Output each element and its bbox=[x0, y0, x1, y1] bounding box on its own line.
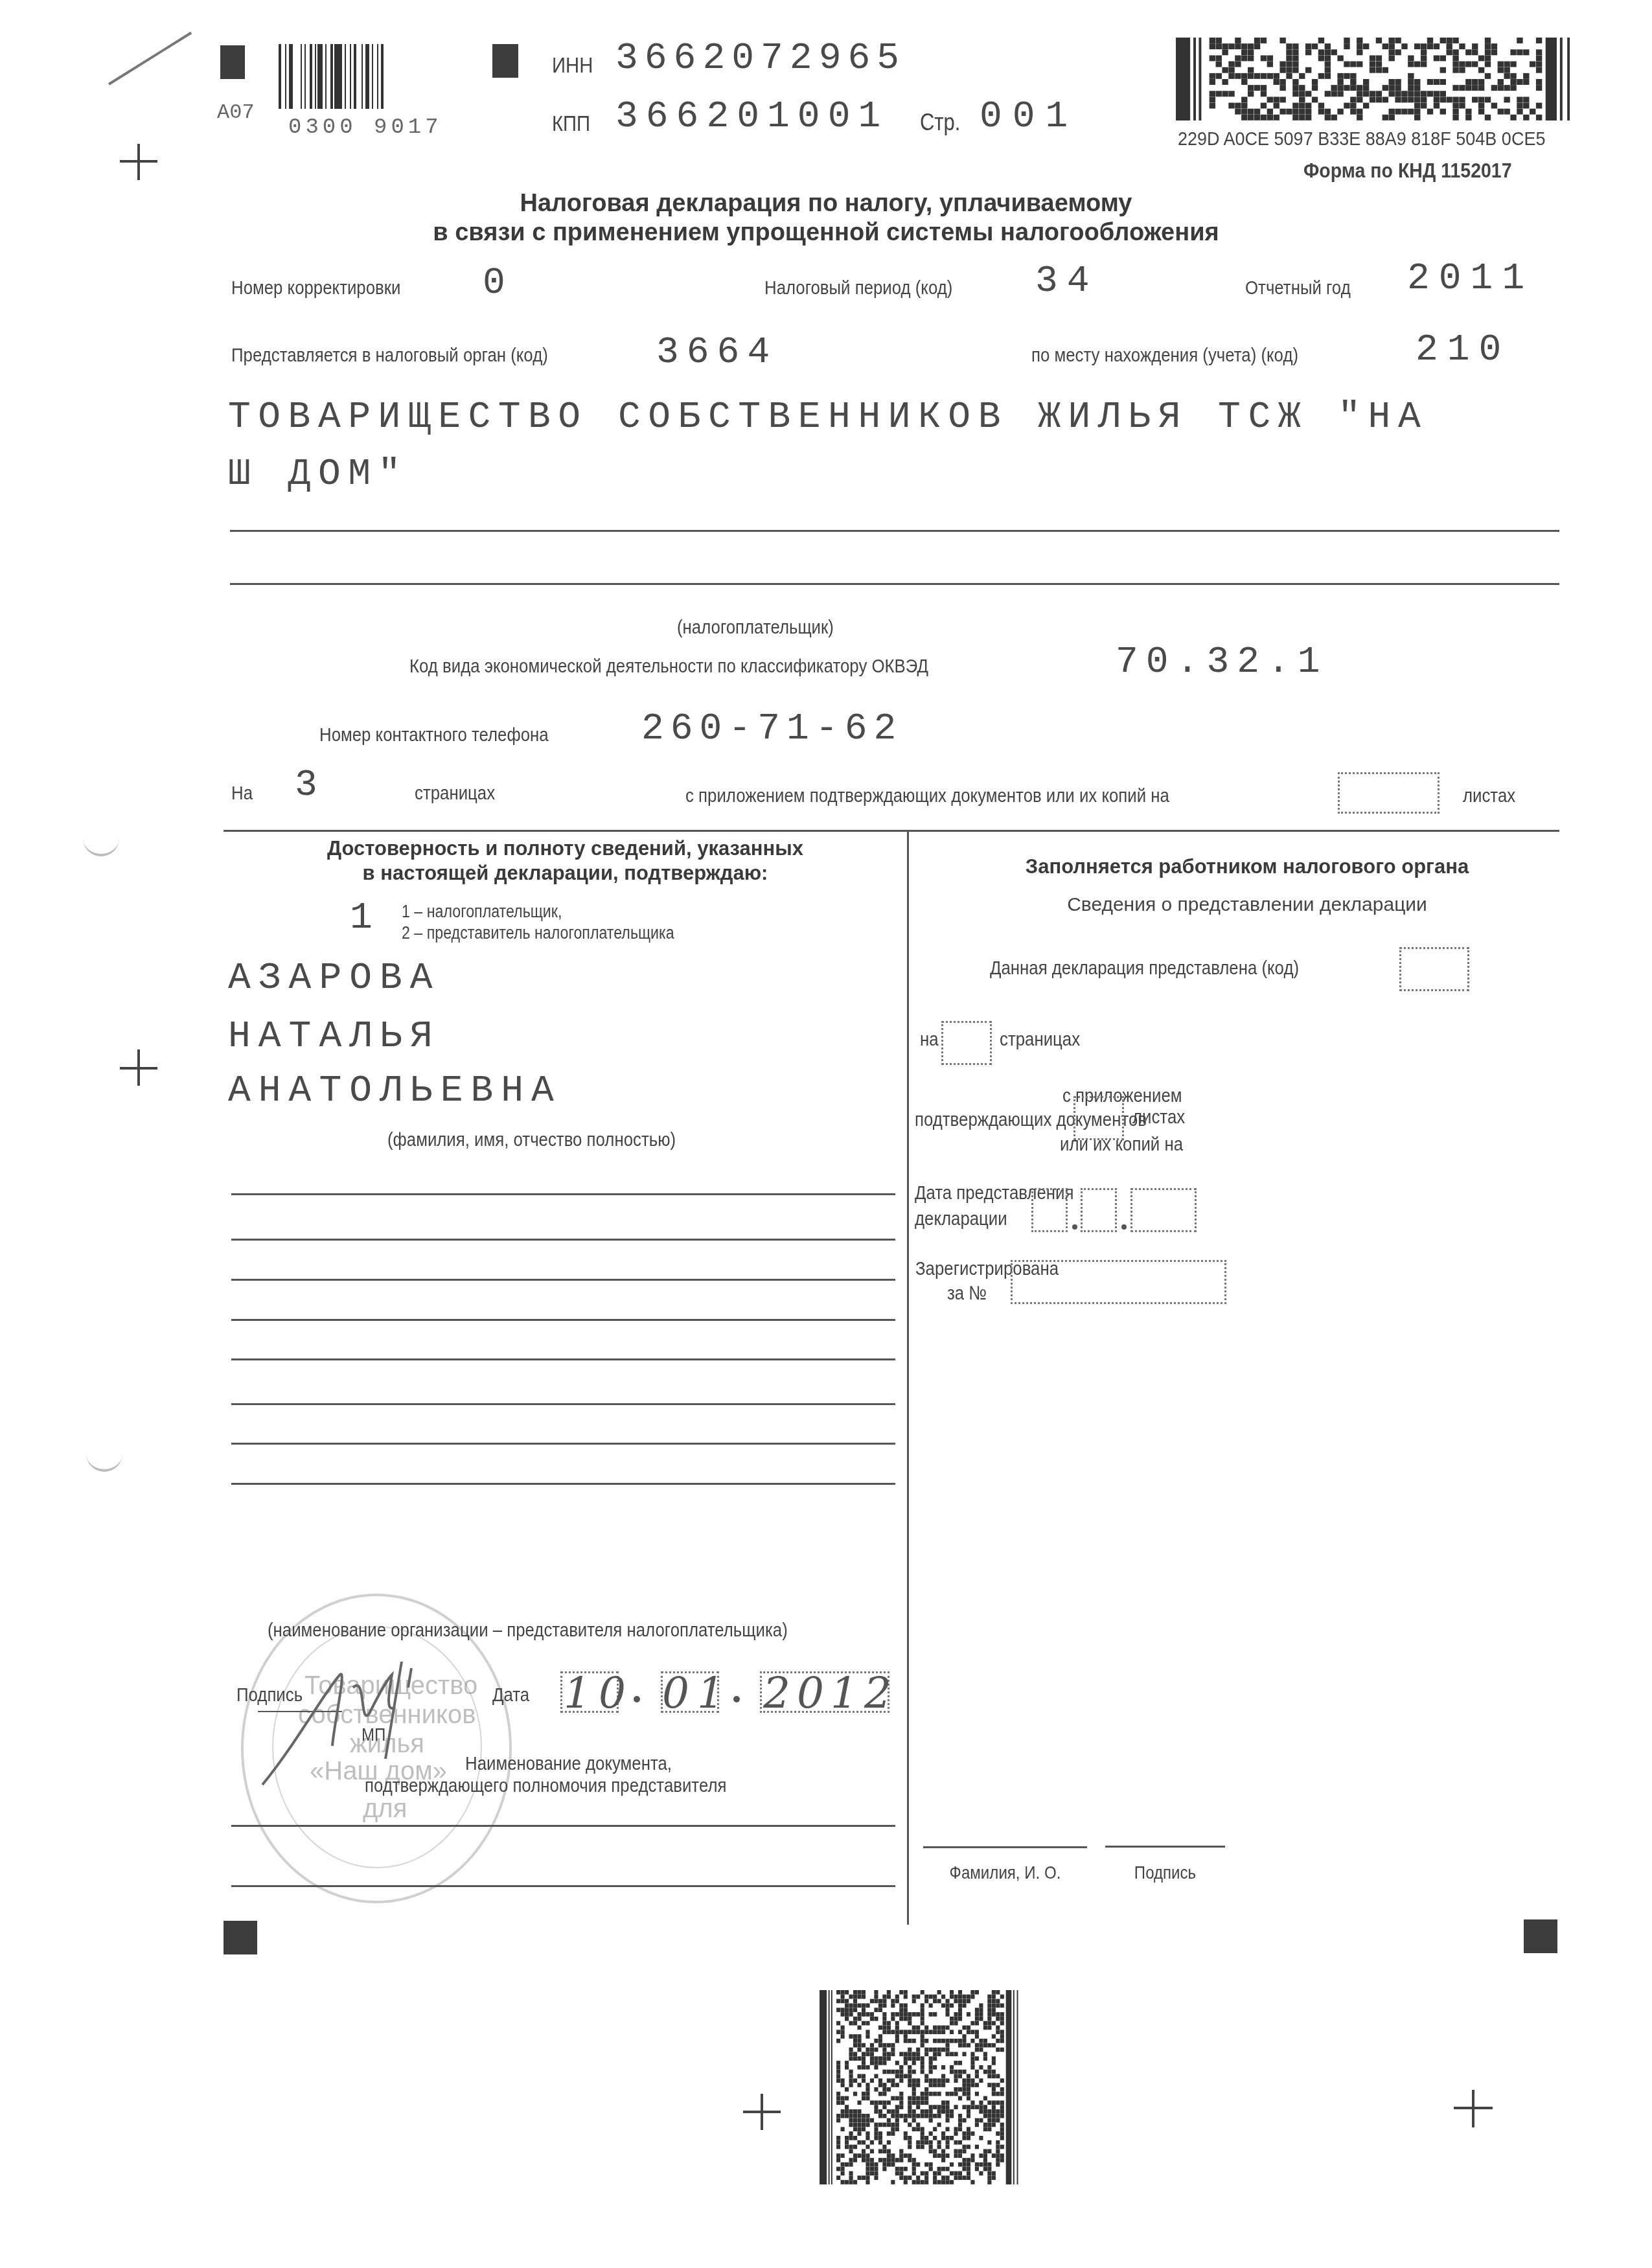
pages-suffix: страницах bbox=[415, 783, 495, 805]
representative-org-rule bbox=[231, 1279, 895, 1281]
submitted-code-label: Данная декларация представлена (код) bbox=[990, 957, 1299, 979]
punch-hole-mark bbox=[83, 836, 119, 856]
inspector-signature-line[interactable] bbox=[1105, 1846, 1225, 1848]
date-sep bbox=[1072, 1224, 1077, 1230]
okved-value[interactable]: 70.32.1 bbox=[1116, 641, 1328, 683]
pages-prefix: На bbox=[231, 783, 253, 805]
pages-value[interactable]: 3 bbox=[295, 764, 317, 807]
registered-label-line2: за № bbox=[947, 1283, 987, 1305]
confirmation-heading-line2: в настоящей декларации, подтверждаю: bbox=[224, 862, 907, 885]
submission-info-subheading: Сведения о представлении декларации bbox=[907, 894, 1587, 916]
declaration-title-line2: в связи с применением упрощенной системы… bbox=[0, 219, 1652, 247]
taxpayer-caption: (налогоплательщик) bbox=[677, 617, 834, 639]
barcode-left-prefix: A07 bbox=[217, 100, 255, 124]
attachments-suffix: листах bbox=[1463, 785, 1515, 807]
signer-type-value[interactable]: 1 bbox=[350, 897, 373, 939]
representative-org-rule bbox=[231, 1239, 895, 1241]
submission-date-label-line2: декларации bbox=[915, 1208, 1007, 1230]
report-year-value[interactable]: 2011 bbox=[1407, 258, 1533, 300]
date-year-value: 2012 bbox=[763, 1668, 898, 1718]
submitted-code-input[interactable] bbox=[1399, 947, 1469, 991]
taxpayer-name-rule bbox=[230, 530, 1559, 532]
registration-number-input[interactable] bbox=[1011, 1260, 1226, 1304]
date-sep bbox=[733, 1696, 740, 1702]
barcode-left bbox=[279, 44, 384, 109]
kpp-value: 366201001 bbox=[615, 96, 888, 138]
submission-date-year[interactable] bbox=[1130, 1188, 1197, 1232]
corner-marker-icon bbox=[224, 1921, 257, 1954]
page-label: Стр. bbox=[920, 109, 960, 136]
submission-date-day[interactable] bbox=[1031, 1188, 1068, 1232]
tax-period-value[interactable]: 34 bbox=[1035, 260, 1099, 303]
inspector-name-caption: Фамилия, И. О. bbox=[935, 1862, 1076, 1883]
signer-option-2: 2 – представитель налогоплательщика bbox=[402, 923, 674, 943]
date-sep bbox=[634, 1696, 640, 1702]
corner-marker-icon bbox=[220, 45, 245, 79]
representative-org-rule bbox=[231, 1483, 895, 1485]
signer-option-1: 1 – налогоплательщик, bbox=[402, 902, 562, 922]
stamp-place-label: МП bbox=[361, 1724, 385, 1745]
report-year-label: Отчетный год bbox=[1245, 277, 1351, 299]
tax-attach-suffix: листах bbox=[1132, 1106, 1185, 1128]
representative-org-rule bbox=[231, 1358, 895, 1360]
representative-org-rule bbox=[231, 1319, 895, 1321]
tax-pages-prefix: на bbox=[920, 1029, 939, 1051]
form-code: Форма по КНД 1152017 bbox=[1303, 159, 1512, 183]
phone-label: Номер контактного телефона bbox=[319, 724, 549, 746]
correction-label: Номер корректировки bbox=[231, 277, 400, 299]
tax-authority-label: Представляется в налоговый орган (код) bbox=[231, 345, 548, 367]
corner-marker-icon bbox=[1524, 1919, 1557, 1953]
representative-org-rule bbox=[231, 1403, 895, 1405]
tax-pages-input[interactable] bbox=[941, 1021, 992, 1065]
okved-label: Код вида экономической деятельности по к… bbox=[409, 656, 928, 678]
inn-label: ИНН bbox=[552, 53, 593, 78]
org-representative-caption: (наименование организации – представител… bbox=[268, 1620, 788, 1642]
fio-caption: (фамилия, имя, отчество полностью) bbox=[387, 1129, 676, 1151]
barcode-left-number: 0300 9017 bbox=[288, 115, 442, 140]
date-sep bbox=[1121, 1224, 1127, 1230]
pen-stroke-mark bbox=[108, 32, 192, 86]
representative-org-rule bbox=[231, 1193, 895, 1195]
location-label: по месту нахождения (учета) (код) bbox=[1031, 345, 1298, 367]
inn-value: 3662072965 bbox=[615, 38, 906, 80]
phone-value[interactable]: 260-71-62 bbox=[641, 708, 902, 750]
date-label: Дата bbox=[492, 1684, 529, 1706]
tax-period-label: Налоговый период (код) bbox=[764, 277, 952, 299]
inspector-signature-caption: Подпись bbox=[1114, 1862, 1217, 1883]
date-month-value: 01 bbox=[662, 1668, 732, 1718]
declaration-title-line1: Налоговая декларация по налогу, уплачива… bbox=[0, 190, 1652, 218]
tax-authority-value[interactable]: 3664 bbox=[656, 332, 777, 374]
submission-date-month[interactable] bbox=[1081, 1188, 1117, 1232]
page-value: 001 bbox=[980, 96, 1078, 138]
kpp-label: КПП bbox=[552, 111, 590, 137]
attachments-label: с приложением подтверждающих документов … bbox=[685, 785, 1169, 807]
tax-attach-input[interactable] bbox=[1073, 1096, 1124, 1140]
date-day-value: 10 bbox=[564, 1668, 634, 1718]
barcode-bottom bbox=[820, 1990, 1020, 2184]
authority-doc-caption-line1: Наименование документа, bbox=[465, 1753, 672, 1775]
signer-first-name[interactable]: НАТАЛЬЯ bbox=[228, 1016, 441, 1058]
taxpayer-name-line1[interactable]: ТОВАРИЩЕСТВО СОБСТВЕННИКОВ ЖИЛЬЯ ТСЖ "НА bbox=[228, 396, 1428, 439]
taxpayer-name-rule bbox=[230, 583, 1559, 585]
authority-doc-rule bbox=[231, 1825, 895, 1827]
correction-value[interactable]: 0 bbox=[483, 262, 505, 304]
confirmation-heading-line1: Достоверность и полноту сведений, указан… bbox=[224, 837, 907, 860]
location-value[interactable]: 210 bbox=[1416, 329, 1510, 371]
tax-office-heading: Заполняется работником налогового органа bbox=[907, 855, 1587, 878]
authority-doc-rule bbox=[231, 1885, 895, 1887]
tax-pages-suffix: страницах bbox=[1000, 1029, 1080, 1051]
signer-surname[interactable]: АЗАРОВА bbox=[228, 957, 441, 1000]
stamp-text: для bbox=[363, 1794, 407, 1824]
section-divider bbox=[224, 830, 1559, 832]
barcode-right-code: 229D A0CE 5097 B33E 88A9 818F 504B 0CE5 bbox=[1178, 128, 1545, 150]
signer-patronymic[interactable]: АНАТОЛЬЕВНА bbox=[228, 1070, 562, 1112]
inspector-name-line[interactable] bbox=[923, 1846, 1087, 1848]
column-divider bbox=[907, 830, 909, 1925]
authority-doc-caption-line2: подтверждающего полномочия представителя bbox=[365, 1775, 726, 1797]
attachments-input[interactable] bbox=[1338, 772, 1440, 814]
taxpayer-name-line2[interactable]: Ш ДОМ" bbox=[228, 453, 408, 496]
representative-org-rule bbox=[231, 1443, 895, 1445]
handwritten-signature bbox=[256, 1649, 489, 1791]
barcode-right bbox=[1176, 38, 1574, 120]
punch-hole-mark bbox=[86, 1451, 122, 1472]
corner-marker-icon bbox=[492, 44, 518, 78]
